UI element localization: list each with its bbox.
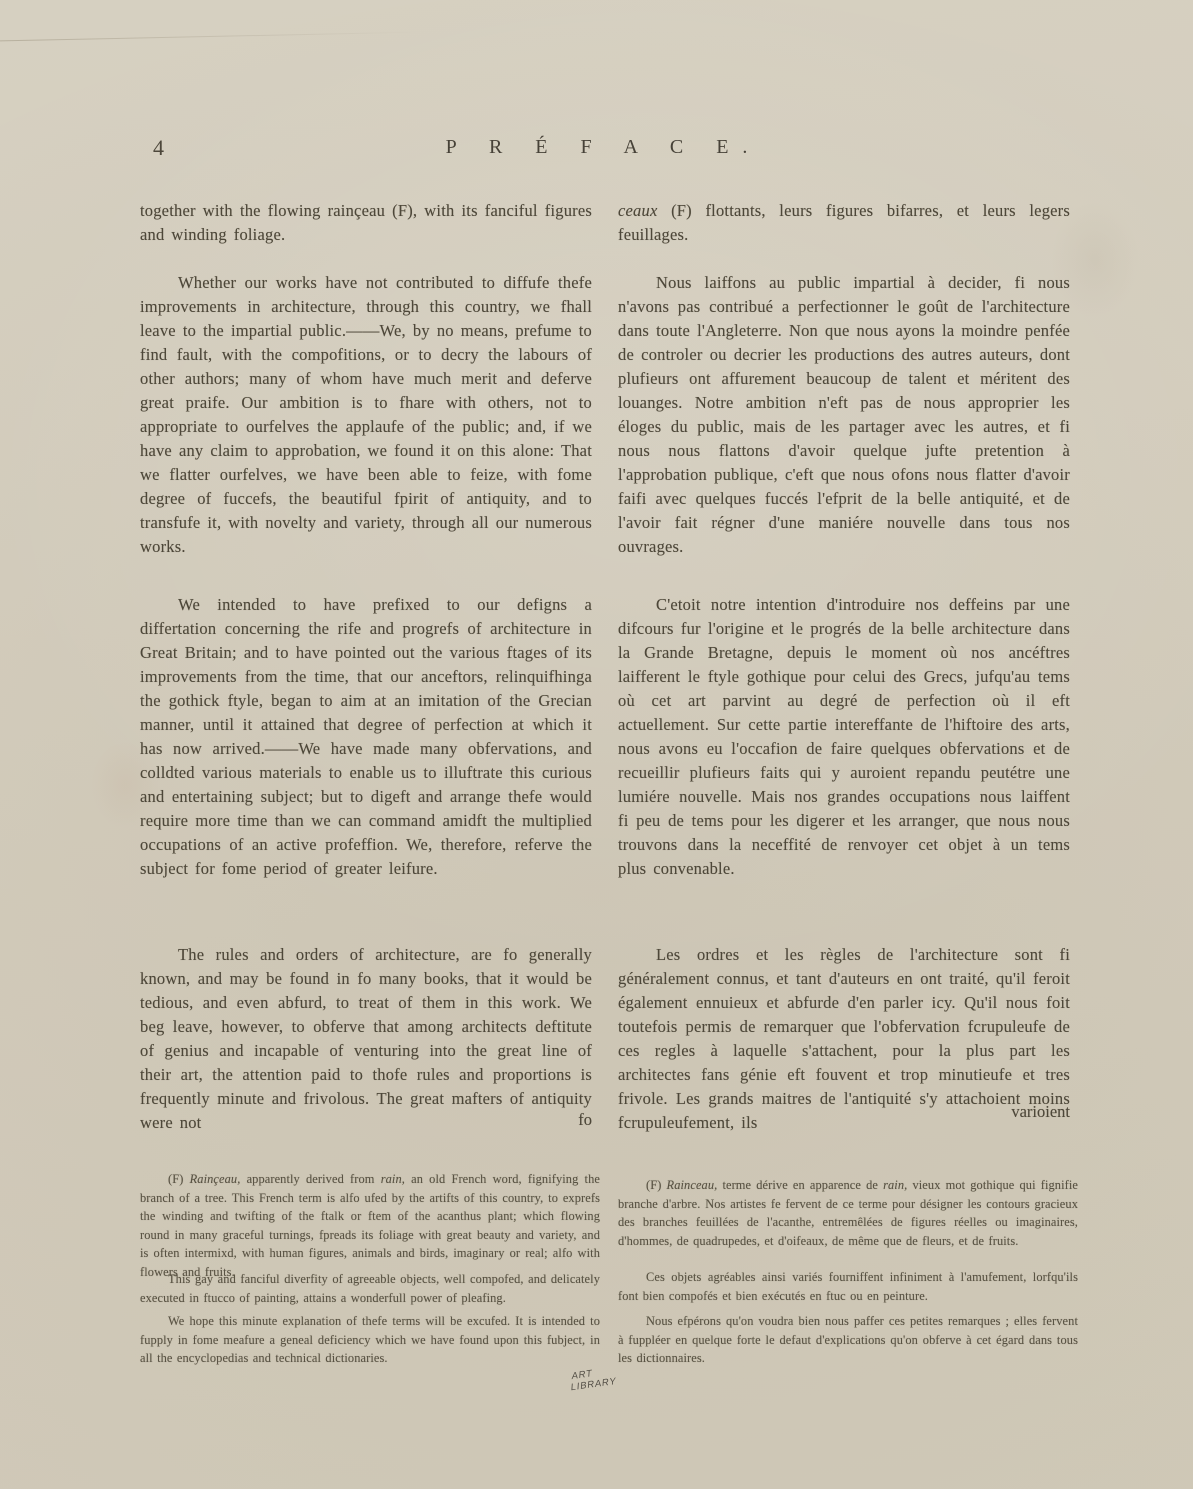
english-paragraph-continuation: together with the flowing rainçeau (F), … <box>140 199 592 247</box>
english-footnote-3: We hope this minute explanation of thefe… <box>140 1312 600 1368</box>
french-paragraph: C'etoit notre intention d'introduire nos… <box>618 593 1070 881</box>
footnote-marker: (F) <box>168 1172 190 1186</box>
footnote-term: rain, <box>883 1178 907 1192</box>
french-paragraph-continuation: ceaux (F) flottants, leurs figures bifar… <box>618 199 1070 247</box>
english-paragraph: Whether our works have not contributed t… <box>140 271 592 559</box>
french-footnote-2: Ces objets agréables ainsi variés fourni… <box>618 1268 1078 1305</box>
footnote-term: rain, <box>381 1172 405 1186</box>
english-paragraph: We intended to have prefixed to our defi… <box>140 593 592 881</box>
scan-scratch-artifact <box>0 32 420 42</box>
french-footnote-3: Nous efpérons qu'on voudra bien nous paf… <box>618 1312 1078 1368</box>
italic-word: ceaux <box>618 201 657 220</box>
english-footnote-2: This gay and fanciful diverfity of agree… <box>140 1270 600 1307</box>
library-stamp: ART LIBRARY <box>570 1365 617 1394</box>
book-page-scan: 4 P R É F A C E. together with the flowi… <box>0 0 1193 1489</box>
french-paragraph: Nous laiffons au public impartial à deci… <box>618 271 1070 559</box>
footnote-marker: (F) <box>646 1178 667 1192</box>
french-footnote-1: (F) Rainceau, terme dérive en apparence … <box>618 1176 1078 1250</box>
english-footnote-1: (F) Rainçeau, apparently derived from ra… <box>140 1170 600 1281</box>
footnote-term: Rainçeau, <box>190 1172 241 1186</box>
footnote-term: Rainceau, <box>667 1178 718 1192</box>
catchword-french: varioient <box>618 1102 1070 1122</box>
catchword-english: fo <box>140 1110 592 1130</box>
english-paragraph: The rules and orders of architecture, ar… <box>140 943 592 1135</box>
page-title: P R É F A C E. <box>0 136 1193 159</box>
